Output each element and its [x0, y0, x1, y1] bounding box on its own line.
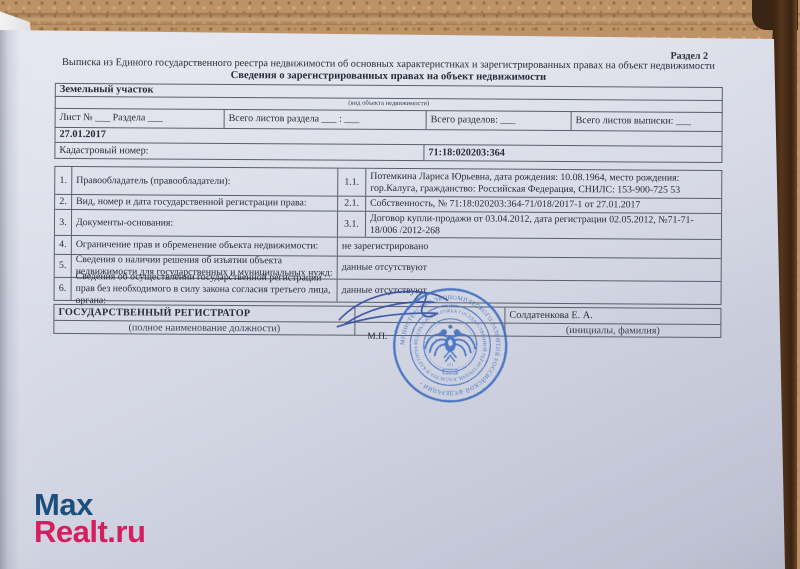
document-paper: Раздел 2 Выписка из Единого государствен…	[0, 0, 800, 569]
row-label: Сведения об осуществлении государственно…	[71, 278, 337, 302]
maxrealt-watermark-logo: Max Realt.ru	[34, 491, 145, 545]
registrar-title: ГОСУДАРСТВЕННЫЙ РЕГИСТРАТОР	[54, 305, 354, 322]
row-value: Потемкина Лариса Юрьевна, дата рождения:…	[365, 169, 721, 198]
round-official-stamp-icon: МИНИСТЕРСТВО ЭКОНОМИЧЕСКОГО РАЗВИТИЯ РОС…	[390, 285, 511, 406]
row-subnumber: 2.1.	[337, 197, 365, 211]
document-content: Раздел 2 Выписка из Единого государствен…	[0, 0, 800, 569]
table-row: 3. Документы-основания: 3.1. Договор куп…	[55, 210, 721, 240]
table-surface-groove	[0, 13, 800, 25]
row-number: 4.	[55, 236, 71, 254]
double-headed-eagle-icon	[425, 325, 475, 362]
stamp-center-mark: 111	[447, 362, 454, 367]
row-number: 3.	[55, 210, 71, 235]
row-value: Собственность, № 71:18:020203:364-71/018…	[365, 197, 721, 213]
registrar-name: Солдатенкова Е. А.	[504, 308, 720, 324]
row-label: Ограничение прав и обременение объекта н…	[71, 236, 337, 256]
row-label: Документы-основания:	[71, 210, 337, 237]
row-number: 5.	[55, 255, 71, 277]
registrar-title-caption: (полное наименование должности)	[54, 321, 354, 335]
row-value: данные отсутствуют	[337, 257, 721, 281]
cadastral-label: Кадастровый номер:	[55, 142, 423, 160]
sheets-in-section-cell: Всего листов раздела ___ : ___	[224, 109, 426, 129]
cadastral-row: Кадастровый номер: 71:18:020203:364	[54, 142, 722, 163]
row-number: 1.	[55, 167, 71, 194]
row-subnumber: 3.1.	[337, 212, 365, 237]
row-number: 6.	[55, 278, 71, 300]
photo-background: Раздел 2 Выписка из Единого государствен…	[0, 0, 800, 569]
sheet-number-cell: Лист № ___ Раздела ___	[56, 108, 224, 128]
row-label: Вид, номер и дата государственной регист…	[71, 195, 337, 211]
total-sheets-cell: Всего листов выписки: ___	[571, 111, 722, 131]
total-sections-cell: Всего разделов: ___	[426, 110, 571, 130]
row-label: Правообладатель (правообладатели):	[71, 167, 337, 196]
cadastral-number: 71:18:020203:364	[423, 144, 721, 162]
row-number: 2.	[55, 195, 71, 209]
table-row: 1. Правообладатель (правообладатели): 1.…	[55, 167, 721, 199]
row-subnumber: 1.1.	[337, 169, 365, 196]
seal-mark: М.П.	[367, 332, 387, 342]
registrar-name-caption: (инициалы, фамилия)	[504, 324, 720, 337]
row-value: не зарегистрировано	[337, 238, 721, 258]
watermark-line2: Realt.ru	[34, 518, 145, 545]
row-value: Договор купли-продажи от 03.04.2012, дат…	[365, 212, 721, 239]
